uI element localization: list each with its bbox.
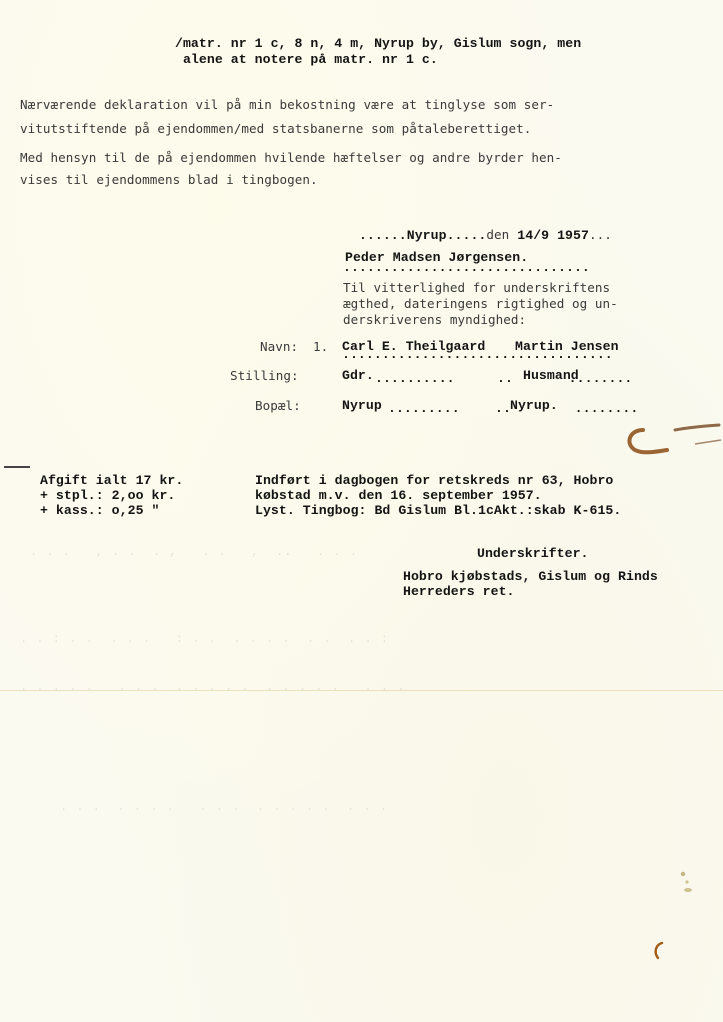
witness-number: 1. (313, 339, 328, 355)
court-line-2: Herreders ret. (403, 584, 515, 600)
fee-cash: + kass.: o,25 " (40, 503, 159, 519)
court-line-1: Hobro kjøbstads, Gislum og Rinds (403, 569, 658, 585)
witness1-residence-dots: ......... (388, 401, 460, 417)
encumbrance-paragraph-line-1: Med hensyn til de på ejendommen hvilende… (20, 150, 562, 166)
encumbrance-paragraph-line-2: vises til ejendommens blad i tingbogen. (20, 172, 318, 188)
fee-stamp: + stpl.: 2,oo kr. (40, 488, 175, 504)
declaration-paragraph-line-2: vitutstiftende på ejendommen/med statsba… (20, 121, 531, 137)
witness2-residence-dots: .. ........ (495, 401, 638, 417)
signatory-dotted-line: ............................... (343, 260, 590, 276)
label-position: Stilling: (230, 368, 299, 384)
bleed-through-text: . . . , . . . , . . , .. . . . (30, 545, 358, 559)
witness1-residence: Nyrup (342, 398, 382, 414)
witness1-position-dots: .......... (375, 371, 455, 387)
witness1-position: Gdr. (342, 368, 374, 384)
bleed-through-text: . . : . . . . . : . . . . . . . . . . : (20, 632, 389, 646)
label-name: Navn: (260, 339, 298, 355)
den-label: den (486, 227, 509, 242)
signatures-heading: Underskrifter. (477, 546, 589, 562)
witness-statement-line-2: ægthed, dateringens rigtighed og un- (343, 296, 618, 312)
registration-line-2: købstad m.v. den 16. september 1957. (255, 488, 542, 504)
label-residence: Bopæl: (255, 398, 301, 414)
declaration-paragraph-line-1: Nærværende deklaration vil på min bekost… (20, 97, 554, 113)
margin-dash (4, 466, 30, 468)
prefix-dots: ...... (359, 228, 407, 243)
registration-line-1: Indført i dagbogen for retskreds nr 63, … (255, 473, 613, 489)
witness-statement-line-1: Til vitterlighed for underskriftens (343, 280, 610, 296)
rust-stain-small-icon (650, 940, 670, 962)
place-date-line: ......Nyrup.....den 14/9 1957... (343, 211, 612, 244)
fee-total: Afgift ialt 17 kr. (40, 473, 183, 489)
registration-line-3: Lyst. Tingbog: Bd Gislum Bl.1cAkt.:skab … (255, 503, 621, 519)
header-line-2: alene at notere på matr. nr 1 c. (175, 52, 438, 68)
witness-statement-line-3: derskriverens myndighed: (343, 312, 526, 328)
rust-stain-icon (615, 418, 723, 463)
bleed-through-text: . . . . . . . . . . . . . . . . . . . . … (20, 680, 405, 694)
name-row-dots: .................................. (342, 347, 613, 363)
mid-dots: ..... (447, 228, 487, 243)
date: 14/9 1957 (517, 228, 589, 243)
suffix-dots: ... (589, 227, 612, 242)
place: Nyrup (407, 228, 447, 243)
header-line-1: /matr. nr 1 c, 8 n, 4 m, Nyrup by, Gislu… (175, 36, 581, 52)
bleed-through-text: . . . . . . . . . . . . . . . . . . (60, 800, 388, 814)
smudge-icon (675, 868, 699, 908)
witness2-position-dots: .. ........ (497, 371, 632, 387)
